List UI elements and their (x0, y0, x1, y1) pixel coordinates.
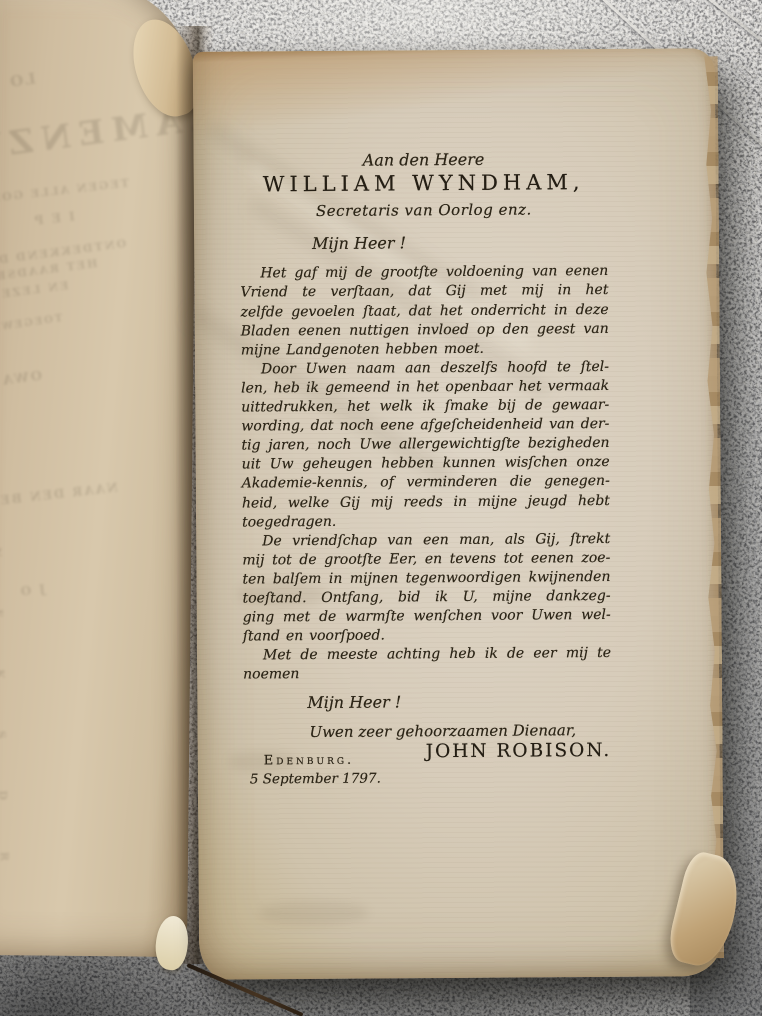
ghost-text-fragment: J O (18, 582, 46, 599)
greeting: Mijn Heer ! (240, 232, 608, 254)
body-line: noemen (243, 663, 611, 685)
body-line: toegedragen. (242, 511, 610, 533)
ghost-text-fragment: TEGEN ALLE GODSD (0, 177, 130, 208)
body-line: Bladen eenen nuttigen invloed op den gee… (241, 320, 609, 342)
signature-block: Edenburg. JOHN ROBISON. 5 September 1797… (244, 746, 612, 807)
addressee-title: Secretaris van Oorlog enz. (240, 200, 608, 222)
body-line: Akademie-kennis, of verminderen die gene… (242, 472, 610, 494)
ghost-text-fragment: EN LEZE (0, 279, 69, 301)
body-paragraph: Het gaf mij de grootſte voldoening van e… (240, 262, 609, 360)
body-line: mijne Landgenoten hebben moet. (241, 339, 609, 361)
body-line: mij tot de grootſte Eer, en tevens tot e… (242, 549, 610, 571)
foxing-stain (259, 901, 369, 926)
body-paragraph: Met de meeste achting heb ik de eer mij … (243, 644, 611, 685)
body-line: ten balſem in mijnen tegenwoordigen kwij… (242, 568, 610, 590)
ghost-text-fragment: N E K S D R (0, 547, 11, 885)
body-line: Het gaf mij de grootſte voldoening van e… (240, 262, 608, 284)
date-line: 5 September 1797. (250, 769, 381, 789)
place-name: Edenburg. (264, 750, 355, 770)
valediction: Uwen zeer gehoorzaamen Dienaar, (243, 720, 611, 742)
body-line: ging met de warmſte wenſchen voor Uwen w… (243, 606, 611, 628)
facing-page: LO ZAMENZW TEGEN ALLE GODSD I E P ONTDEK… (0, 0, 197, 957)
body-line: len, heb ik gemeend in het openbaar het … (241, 377, 609, 399)
ghost-text-fragment: OWA (0, 369, 43, 389)
book-page: Aan den Heere WILLIAM WYNDHAM, Secretari… (193, 48, 721, 980)
body-line: uittedrukken, het welk ik ſmake bij de g… (241, 396, 609, 418)
ghost-text-fragment: LO (7, 69, 37, 91)
dedication-letter: Aan den Heere WILLIAM WYNDHAM, Secretari… (239, 149, 612, 806)
body-line: heid, welke Gij mij reeds in mijne jeugd… (242, 491, 610, 513)
body-line: Vriend te verſtaan, dat Gij met mij in h… (240, 281, 608, 303)
body-line: tig jaren, noch Uwe allergewichtigſte be… (241, 434, 609, 456)
body-paragraph: De vriendſchap van een man, als Gij, ſtr… (242, 530, 611, 647)
photo-of-open-book: LO ZAMENZW TEGEN ALLE GODSD I E P ONTDEK… (0, 0, 762, 1016)
salutation-line: Aan den Heere (239, 149, 607, 171)
body-line: wording, dat noch eene afgeſcheidenheid … (241, 415, 609, 437)
body-line: ſtand en voorſpoed. (243, 625, 611, 647)
closing-salutation: Mijn Heer ! (243, 691, 611, 713)
addressee-name: WILLIAM WYNDHAM, (240, 173, 608, 195)
body-line: uit Uw geheugen hebben kunnen wisſchen o… (242, 453, 610, 475)
ghost-text-fragment: TOEGEWIJD (0, 313, 63, 337)
body-line: Door Uwen naam aan deszelfs hoofd te ſte… (241, 358, 609, 380)
body-paragraph: Door Uwen naam aan deszelfs hoofd te ſte… (241, 358, 610, 532)
body-line: zelfde gevoelen ſtaat, dat het onderrich… (241, 300, 609, 322)
ghost-text-fragment: I E P (32, 209, 75, 228)
body-line: toeſtand. Ontfang, bid ik U, mijne dankz… (243, 587, 611, 609)
body-line: Met de meeste achting heb ik de eer mij … (243, 644, 611, 666)
ghost-text-fragment: NAAR DEN BES (0, 480, 119, 508)
signature: JOHN ROBISON. (426, 741, 612, 761)
body-line: De vriendſchap van een man, als Gij, ſtr… (242, 530, 610, 552)
